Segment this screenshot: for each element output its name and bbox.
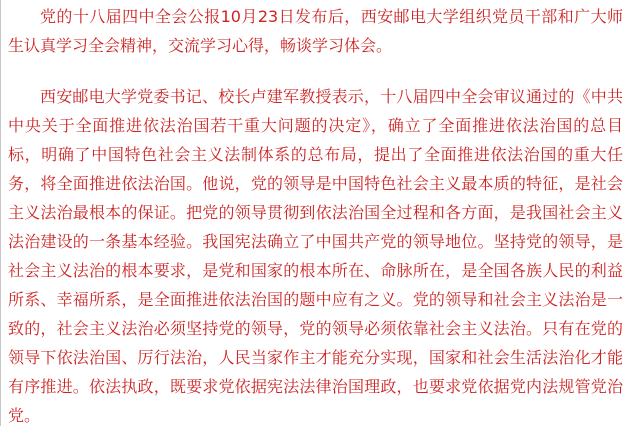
document-page: 党的十八届四中全会公报10月23日发布后，西安邮电大学组织党员干部和广大师生认真…: [0, 0, 629, 426]
paragraph-quote: 西安邮电大学党委书记、校长卢建军教授表示，十八届四中全会审议通过的《中共中央关于…: [8, 82, 623, 426]
paragraph-lede: 党的十八届四中全会公报10月23日发布后，西安邮电大学组织党员干部和广大师生认真…: [8, 2, 623, 60]
article-body: 党的十八届四中全会公报10月23日发布后，西安邮电大学组织党员干部和广大师生认真…: [1, 0, 629, 426]
